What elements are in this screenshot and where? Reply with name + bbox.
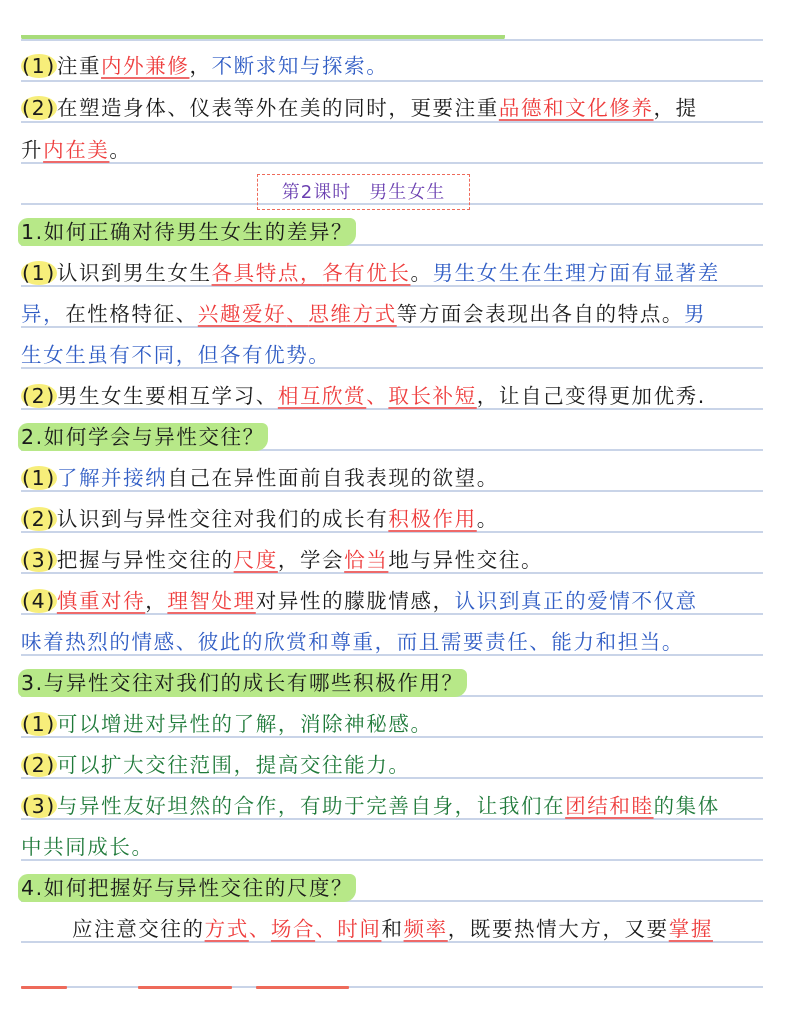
keyword-sep: ， xyxy=(300,261,322,285)
underline-fragment xyxy=(138,986,232,989)
s1-item-1-cont2: 生女生虽有不同，但各有优势。 xyxy=(21,335,330,376)
blue-text: 认识到真正的爱情不仅意 xyxy=(455,589,698,613)
s1-item-2: (2)男生女生要相互学习、相互欣赏、取长补短，让自己变得更加优秀. xyxy=(21,376,706,417)
text: 升 xyxy=(21,138,43,162)
s2-item-3: (3)把握与异性交往的尺度，学会恰当地与异性交往。 xyxy=(21,540,543,581)
blue-text: 不断求知与探索。 xyxy=(212,54,389,78)
text: 。 xyxy=(477,507,499,531)
s2-item-1: (1)了解并接纳自己在异性面前自我表现的欲望。 xyxy=(21,458,499,499)
underline-fragment xyxy=(21,986,67,989)
keyword: 频率 xyxy=(404,917,448,941)
green-text: 可以扩大交往范围，提高交往能力。 xyxy=(57,753,411,777)
s3-item-1: (1)可以增进对异性的了解，消除神秘感。 xyxy=(21,704,433,745)
text: ，提 xyxy=(654,96,698,120)
keyword: 相互欣赏 xyxy=(278,384,366,408)
item-number: (2) xyxy=(21,96,57,120)
keyword: 各有优长 xyxy=(322,261,410,285)
keyword: 内在美 xyxy=(43,138,109,162)
green-text: 中共同成长。 xyxy=(21,835,154,859)
item-number: (3) xyxy=(21,794,57,818)
keyword: 取长补短 xyxy=(388,384,476,408)
text: 在塑造身体、仪表等外在美的同时，更要注重 xyxy=(57,96,499,120)
item-number: (3) xyxy=(21,548,57,572)
underline-fragment xyxy=(256,986,349,989)
blue-text: 味着热烈的情感、彼此的欣赏和尊重，而且需要责任、能力和担当。 xyxy=(21,630,684,654)
text: ，既要热情大方，又要 xyxy=(448,917,669,941)
question-heading: 1.如何正确对待男生女生的差异？ xyxy=(18,218,356,246)
text: 。 xyxy=(410,261,432,285)
green-text: 的集体 xyxy=(654,794,720,818)
text: 地与异性交往。 xyxy=(388,548,543,572)
keyword: 积极作用 xyxy=(388,507,476,531)
rule-line xyxy=(21,39,763,41)
keyword: 兴趣爱好 xyxy=(198,302,286,326)
keyword-sep: 、 xyxy=(366,384,388,408)
section-2-question: 2.如何学会与异性交往？ xyxy=(21,417,268,458)
question-heading: 3.与异性交往对我们的成长有哪些积极作用？ xyxy=(18,669,467,697)
s2-item-2: (2)认识到与异性交往对我们的成长有积极作用。 xyxy=(21,499,499,540)
section-4-question: 4.如何把握好与异性交往的尺度？ xyxy=(21,868,356,909)
s2-item-4-cont: 味着热烈的情感、彼此的欣赏和尊重，而且需要责任、能力和担当。 xyxy=(21,622,684,663)
text: 。 xyxy=(109,138,131,162)
question-heading: 2.如何学会与异性交往？ xyxy=(18,423,268,451)
intro-item-2-cont: 升内在美。 xyxy=(21,130,132,171)
lesson-number: 第2课时 xyxy=(282,182,351,203)
text: ，让自己变得更加优秀. xyxy=(477,384,706,408)
text: 男生女生要相互学习、 xyxy=(57,384,278,408)
keyword: 理智处理 xyxy=(167,589,255,613)
s4-paragraph: 应注意交往的方式、场合、时间和频率，既要热情大方，又要掌握 xyxy=(72,909,713,950)
blue-text: 了解并接纳 xyxy=(57,466,168,490)
text: 认识到与异性交往对我们的成长有 xyxy=(57,507,389,531)
s1-item-1: (1)认识到男生女生各具特点，各有优长。男生女生在生理方面有显著差 xyxy=(21,253,720,294)
text: ， xyxy=(189,54,211,78)
text: 和 xyxy=(381,917,403,941)
item-number: (2) xyxy=(21,753,57,777)
rule-line xyxy=(21,986,763,988)
keyword-sep: 、 xyxy=(315,917,337,941)
keyword: 慎重对待 xyxy=(57,589,145,613)
text: ， xyxy=(145,589,167,613)
text: 对异性的朦胧情感， xyxy=(256,589,455,613)
intro-item-1: (1)注重内外兼修，不断求知与探索。 xyxy=(21,46,388,87)
keyword: 恰当 xyxy=(344,548,388,572)
s3-item-2: (2)可以扩大交往范围，提高交往能力。 xyxy=(21,745,410,786)
notes-page: (1)注重内外兼修，不断求知与探索。 (2)在塑造身体、仪表等外在美的同时，更要… xyxy=(0,0,786,1024)
text: 认识到男生女生 xyxy=(57,261,212,285)
item-number: (1) xyxy=(21,54,57,78)
blue-text: 男生女生在生理方面有显著差 xyxy=(433,261,720,285)
text: 注重 xyxy=(57,54,101,78)
s1-item-1-cont: 异，在性格特征、兴趣爱好、思维方式等方面会表现出各自的特点。男 xyxy=(21,294,706,335)
lesson-title: 第2课时男生女生 xyxy=(257,174,470,210)
item-number: (4) xyxy=(21,589,57,613)
blue-text: 生女生虽有不同，但各有优势。 xyxy=(21,343,330,367)
lesson-name: 男生女生 xyxy=(369,182,445,203)
keyword: 掌握 xyxy=(669,917,713,941)
section-1-question: 1.如何正确对待男生女生的差异？ xyxy=(21,212,356,253)
keyword: 思维方式 xyxy=(308,302,396,326)
keyword: 各具特点 xyxy=(212,261,300,285)
rule-line xyxy=(21,162,763,164)
question-heading: 4.如何把握好与异性交往的尺度？ xyxy=(18,874,356,902)
keyword: 内外兼修 xyxy=(101,54,189,78)
s3-item-3: (3)与异性友好坦然的合作，有助于完善自身，让我们在团结和睦的集体 xyxy=(21,786,720,827)
keyword-sep: 、 xyxy=(249,917,271,941)
blue-text: 男 xyxy=(684,302,706,326)
keyword: 品德和文化修养 xyxy=(499,96,654,120)
keyword: 尺度 xyxy=(234,548,278,572)
keyword: 时间 xyxy=(337,917,381,941)
text: ，学会 xyxy=(278,548,344,572)
intro-item-2: (2)在塑造身体、仪表等外在美的同时，更要注重品德和文化修养，提 xyxy=(21,88,698,129)
item-number: (1) xyxy=(21,261,57,285)
text: 等方面会表现出各自的特点。 xyxy=(397,302,684,326)
blue-text: 异， xyxy=(21,302,65,326)
keyword-sep: 、 xyxy=(286,302,308,326)
s2-item-4: (4)慎重对待，理智处理对异性的朦胧情感，认识到真正的爱情不仅意 xyxy=(21,581,698,622)
text: 在性格特征、 xyxy=(65,302,198,326)
keyword: 场合 xyxy=(271,917,315,941)
item-number: (2) xyxy=(21,507,57,531)
keyword: 方式 xyxy=(205,917,249,941)
item-number: (1) xyxy=(21,466,57,490)
text: 自己在异性面前自我表现的欲望。 xyxy=(167,466,499,490)
item-number: (1) xyxy=(21,712,57,736)
keyword: 团结和睦 xyxy=(565,794,653,818)
green-text: 可以增进对异性的了解，消除神秘感。 xyxy=(57,712,433,736)
s3-item-3-cont: 中共同成长。 xyxy=(21,827,154,868)
text: 应注意交往的 xyxy=(72,917,205,941)
section-3-question: 3.与异性交往对我们的成长有哪些积极作用？ xyxy=(21,663,467,704)
green-text: 与异性友好坦然的合作，有助于完善自身，让我们在 xyxy=(57,794,565,818)
item-number: (2) xyxy=(21,384,57,408)
text: 把握与异性交往的 xyxy=(57,548,234,572)
